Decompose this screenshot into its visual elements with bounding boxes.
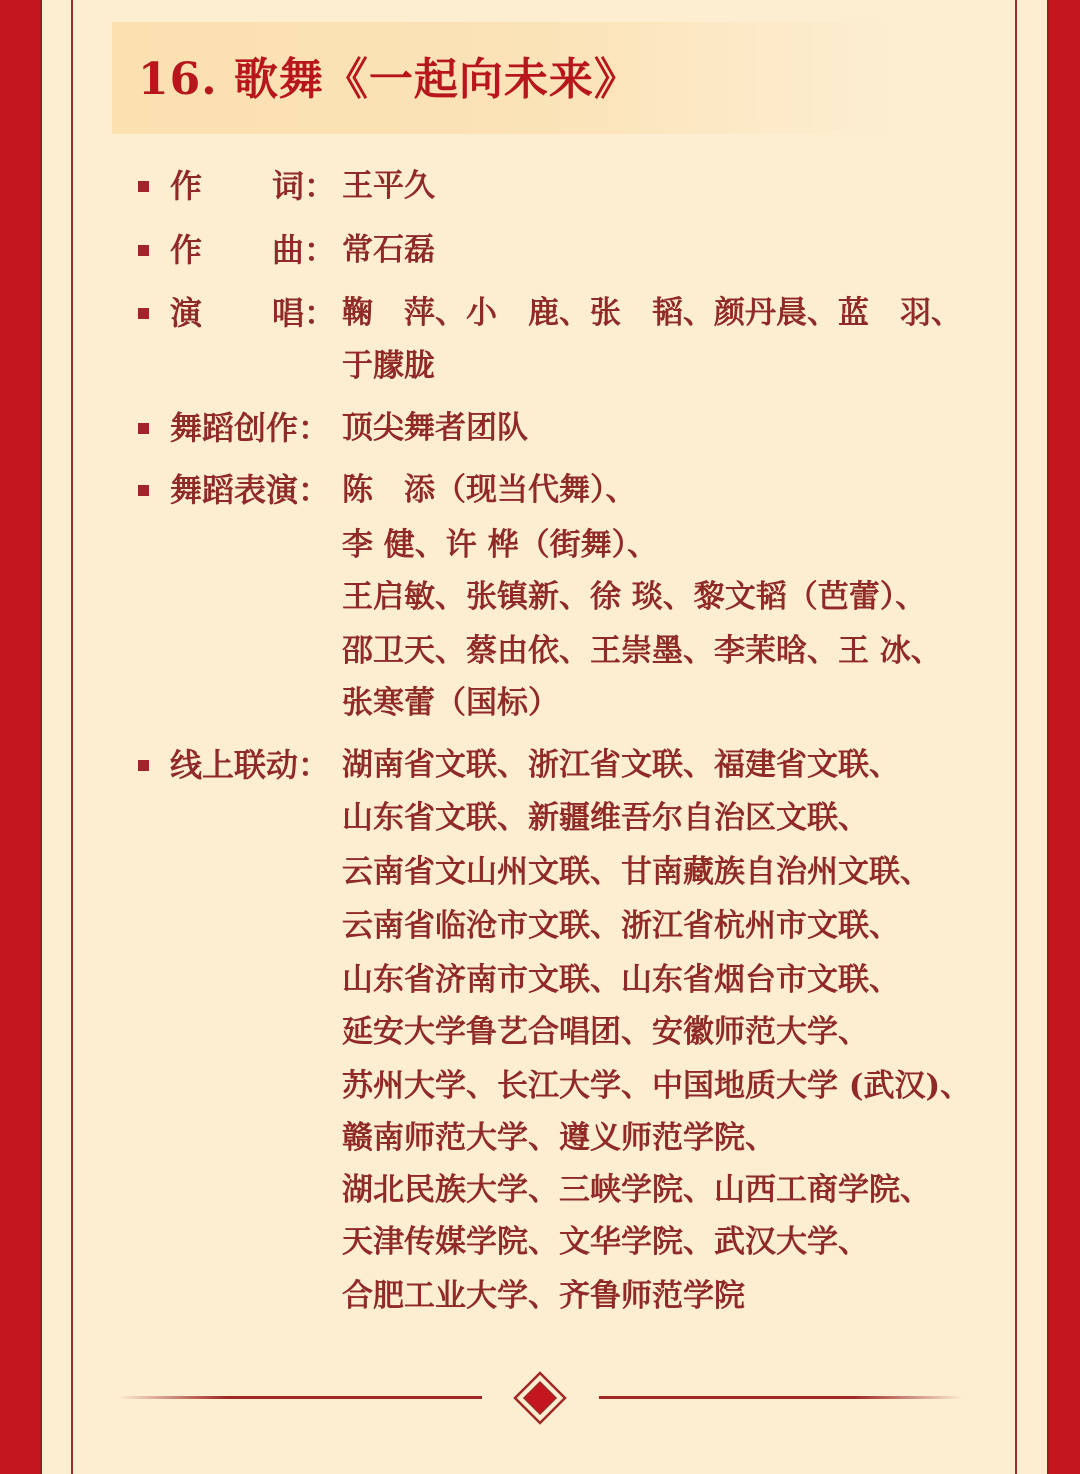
- bullet-square-icon: [138, 308, 149, 319]
- credit-label: 作词：: [170, 166, 336, 206]
- footer-divider-left: [118, 1396, 482, 1399]
- bullet-square-icon: [138, 760, 149, 771]
- credit-value-line: 顶尖舞者团队: [342, 408, 528, 448]
- credit-value-line: 王平久: [342, 166, 435, 206]
- bullet-square-icon: [138, 181, 149, 192]
- diamond-ornament-icon: [513, 1371, 567, 1425]
- credit-label: 演唱：: [170, 293, 336, 333]
- credit-value-line: 山东省文联、新疆维吾尔自治区文联、: [342, 798, 869, 838]
- credit-value-line: 于朦胧: [342, 346, 435, 386]
- right-thin-rule: [1015, 0, 1017, 1474]
- credit-label: 舞蹈表演：: [170, 470, 330, 510]
- credit-value-line: 天津传媒学院、文华学院、武汉大学、: [342, 1222, 869, 1262]
- credit-value-line: 延安大学鲁艺合唱团、安徽师范大学、: [342, 1012, 869, 1052]
- left-thin-rule: [71, 0, 73, 1474]
- credit-value-line: 湖南省文联、浙江省文联、福建省文联、: [342, 745, 900, 785]
- left-red-border: [0, 0, 42, 1474]
- credit-value-line: 邵卫天、蔡由依、王崇墨、李茉晗、王 冰、: [342, 631, 942, 671]
- credit-value-line: 湖北民族大学、三峡学院、山西工商学院、: [342, 1170, 931, 1210]
- credit-value-line: 鞠 萍、小 鹿、张 韬、颜丹晨、蓝 羽、: [342, 293, 962, 333]
- credit-value-line: 云南省临沧市文联、浙江省杭州市文联、: [342, 906, 900, 946]
- credit-value-line: 赣南师范大学、遵义师范学院、: [342, 1118, 776, 1158]
- credit-value-line: 陈 添（现当代舞）、: [342, 470, 637, 510]
- credit-value-line: 李 健、许 桦（街舞）、: [342, 525, 658, 565]
- credit-value-line: 张寒蕾（国标）: [342, 683, 559, 723]
- program-title: 16. 歌舞《一起向未来》: [138, 50, 639, 110]
- credit-value-line: 王启敏、张镇新、徐 琰、黎文韬（芭蕾）、: [342, 577, 926, 617]
- credit-value-line: 山东省济南市文联、山东省烟台市文联、: [342, 960, 900, 1000]
- credit-label: 线上联动：: [170, 745, 330, 785]
- bullet-square-icon: [138, 485, 149, 496]
- credit-value-line: 常石磊: [342, 230, 435, 270]
- credit-value-line: 苏州大学、长江大学、中国地质大学 (武汉)、: [342, 1066, 971, 1106]
- footer-divider-right: [599, 1396, 963, 1399]
- bullet-square-icon: [138, 423, 149, 434]
- credit-label: 舞蹈创作：: [170, 408, 330, 448]
- credit-value-line: 云南省文山州文联、甘南藏族自治州文联、: [342, 852, 931, 892]
- credit-label: 作曲：: [170, 230, 336, 270]
- right-red-border: [1047, 0, 1080, 1474]
- credit-value-line: 合肥工业大学、齐鲁师范学院: [342, 1276, 745, 1316]
- bullet-square-icon: [138, 245, 149, 256]
